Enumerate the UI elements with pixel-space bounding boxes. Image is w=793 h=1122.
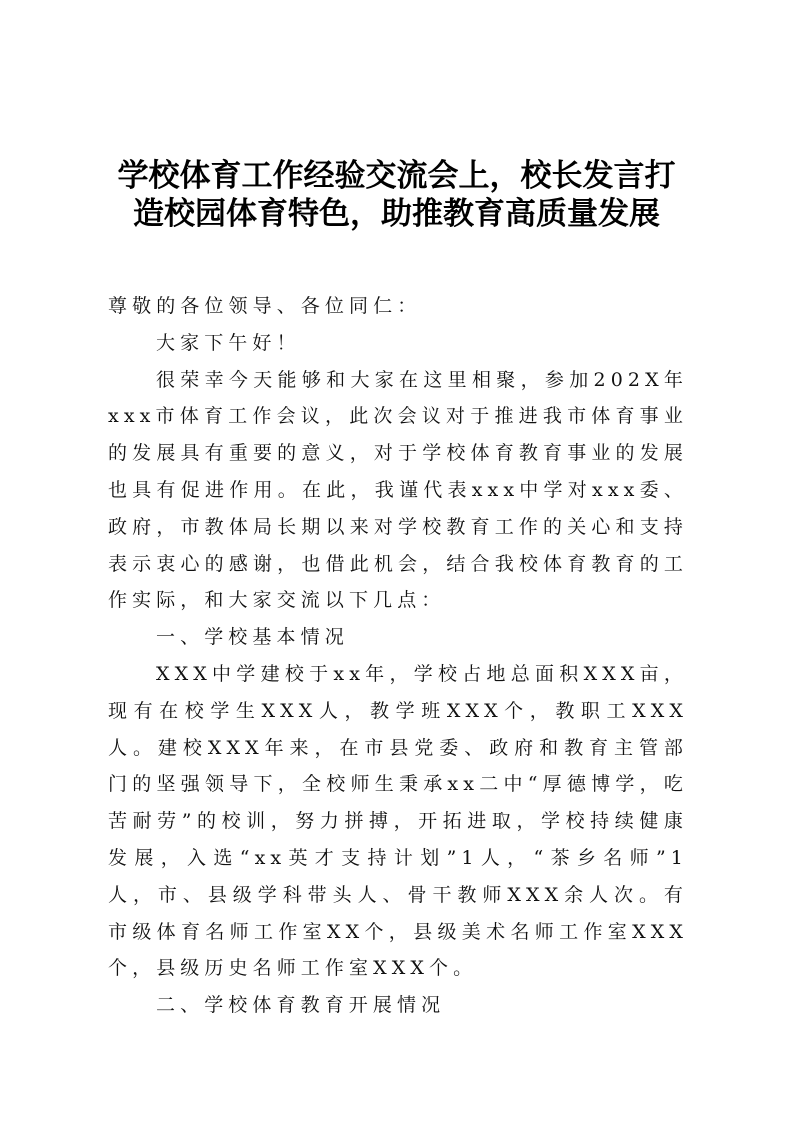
salutation: 尊敬的各位领导、各位同仁： — [108, 288, 688, 325]
intro-paragraph: 很荣幸今天能够和大家在这里相聚，参加202X年xxx市体育工作会议，此次会议对于… — [108, 362, 688, 620]
document-body: 尊敬的各位领导、各位同仁： 大家下午好！ 很荣幸今天能够和大家在这里相聚，参加2… — [108, 288, 688, 1024]
document-page: 学校体育工作经验交流会上，校长发言打 造校园体育特色，助推教育高质量发展 尊敬的… — [0, 0, 793, 1122]
section-heading-2: 二、学校体育教育开展情况 — [108, 987, 688, 1024]
section-heading-1: 一、学校基本情况 — [108, 619, 688, 656]
document-title: 学校体育工作经验交流会上，校长发言打 造校园体育特色，助推教育高质量发展 — [90, 157, 703, 233]
section-1-paragraph: XXX中学建校于xx年，学校占地总面积XXX亩，现有在校学生XXX人，教学班XX… — [108, 656, 688, 987]
title-line-2: 造校园体育特色，助推教育高质量发展 — [90, 195, 703, 233]
greeting: 大家下午好！ — [108, 325, 688, 362]
title-line-1: 学校体育工作经验交流会上，校长发言打 — [90, 157, 703, 195]
